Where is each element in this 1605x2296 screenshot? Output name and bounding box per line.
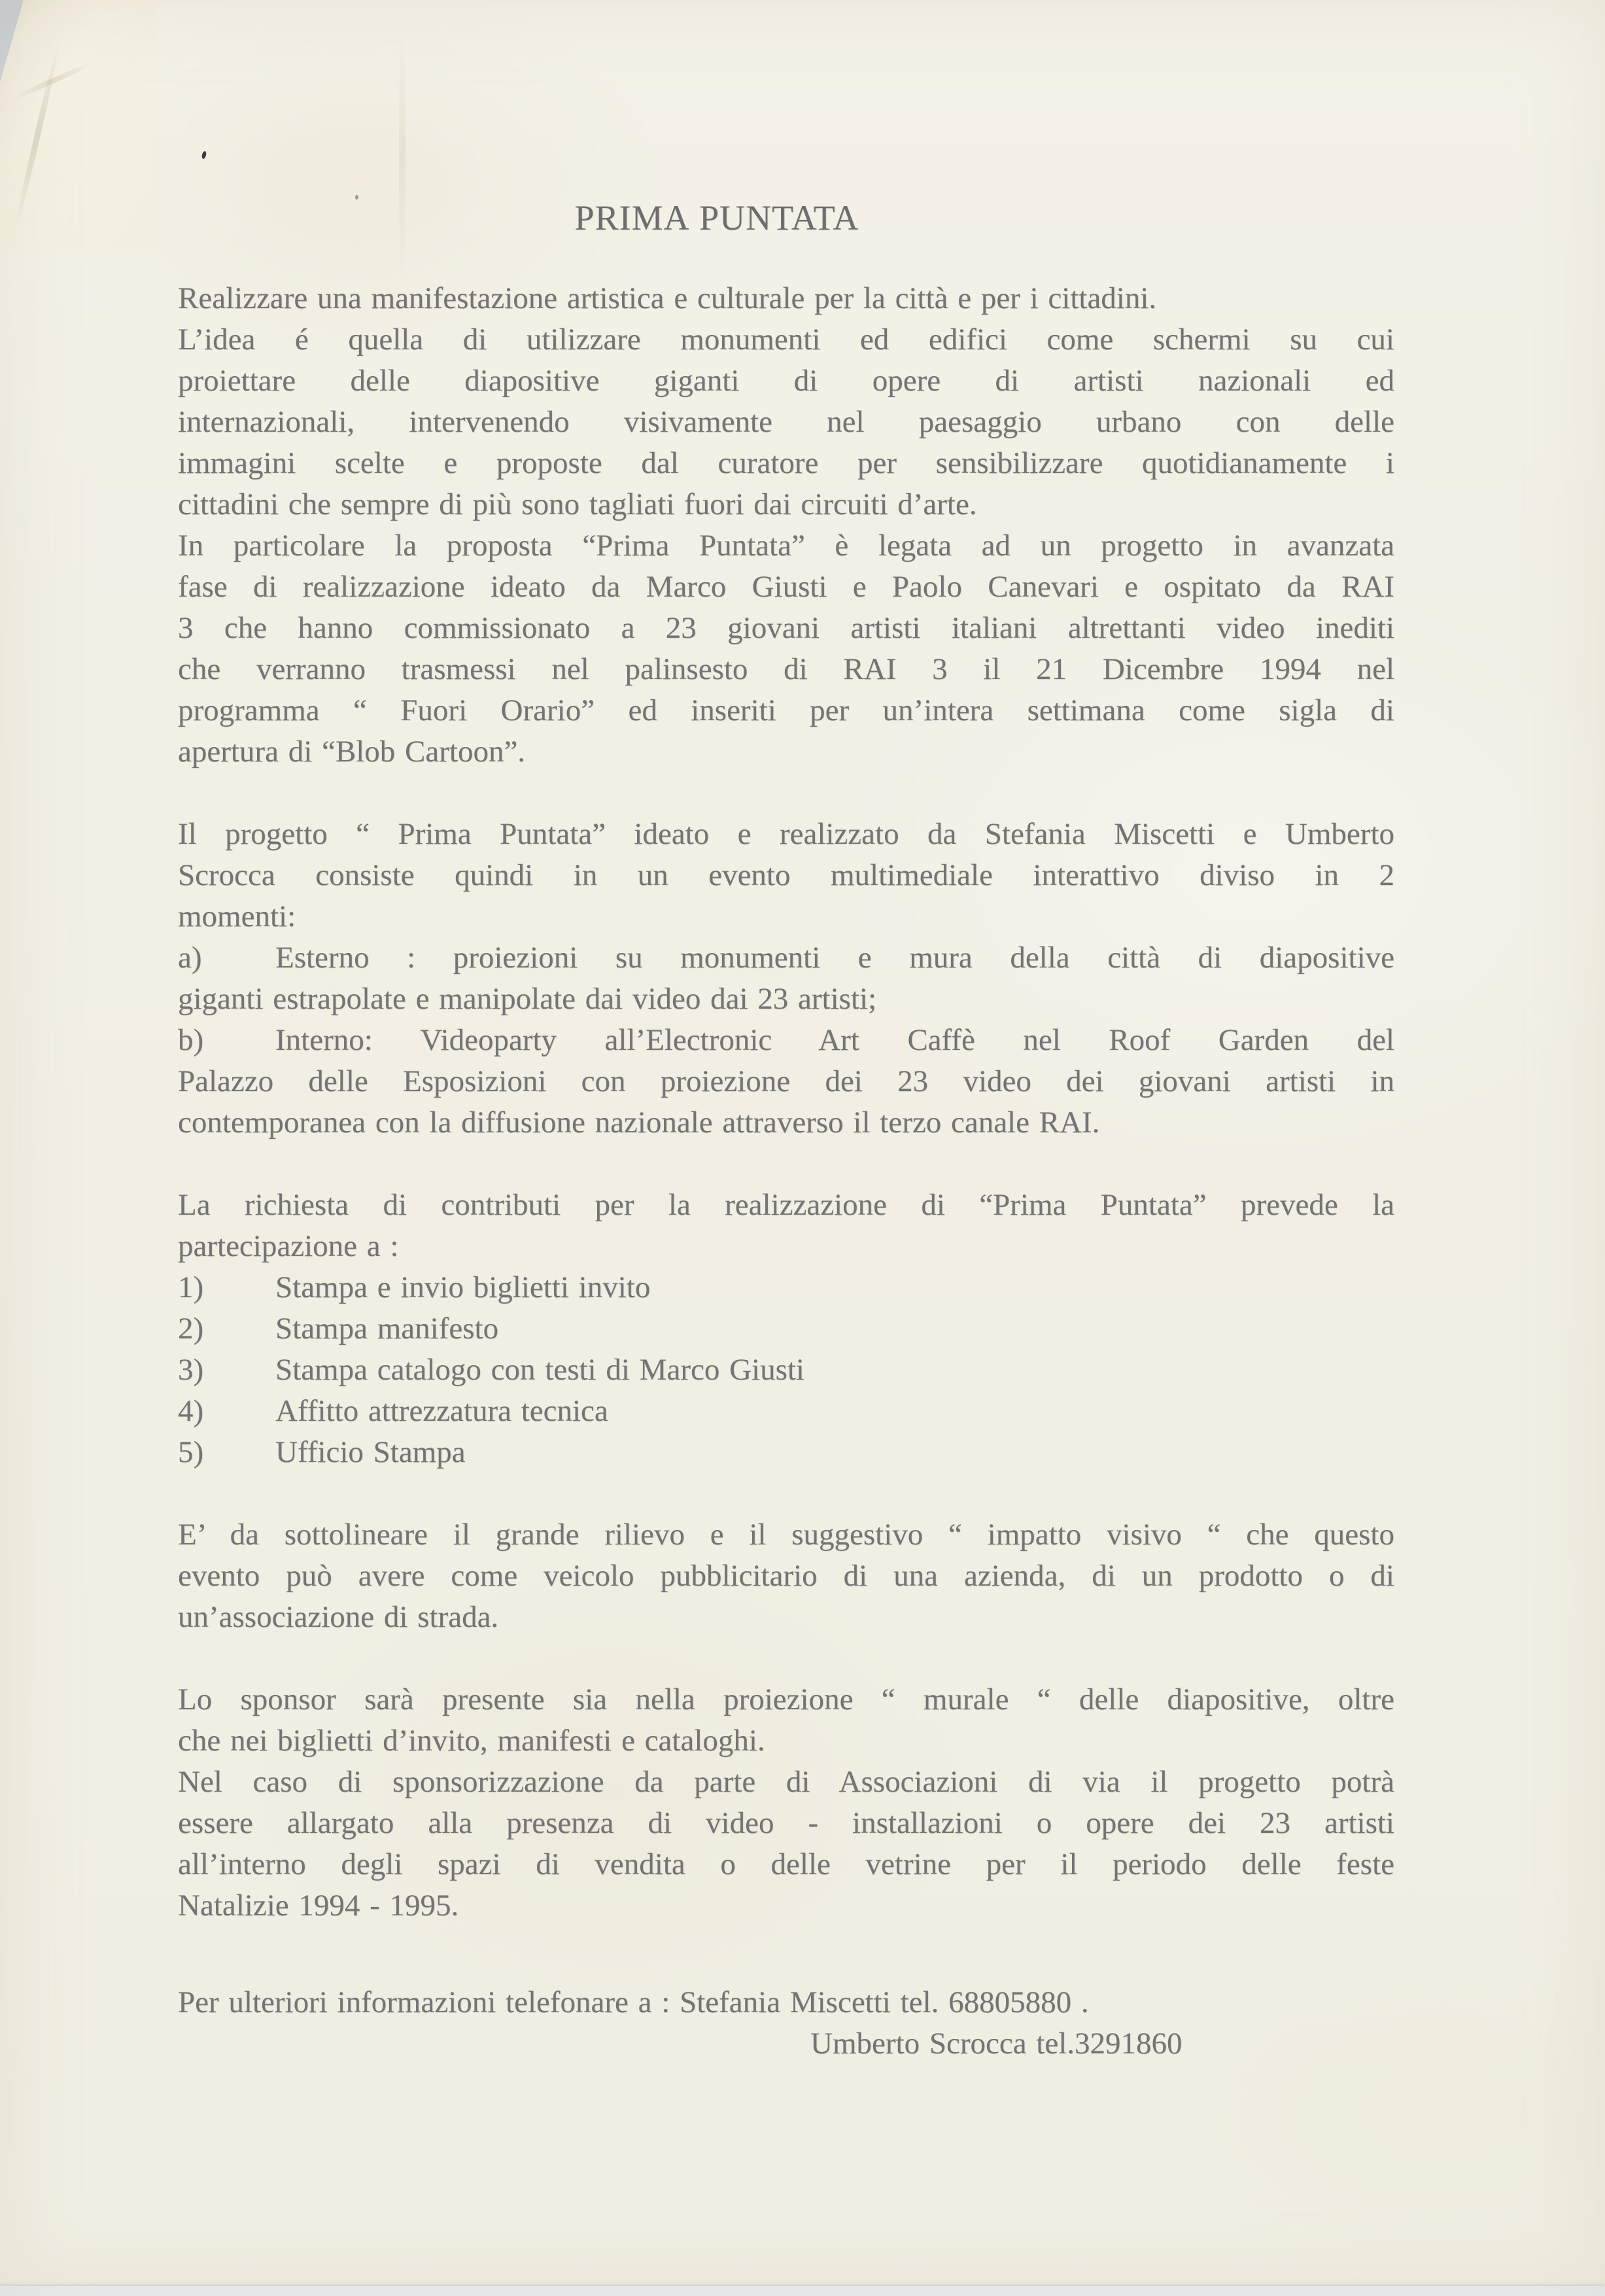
text-line: Natalizie 1994 - 1995.: [178, 1885, 1394, 1926]
text-line: momenti:: [178, 896, 1394, 937]
document-title: PRIMA PUNTATA: [178, 198, 1256, 239]
text-line: internazionali, intervenendo visivamente…: [178, 402, 1394, 443]
list-item-text: Affitto attrezzatura tecnica: [275, 1391, 1394, 1432]
numbered-item: 5) Ufficio Stampa: [178, 1432, 1394, 1473]
text-line: che nei biglietti d’invito, manifesti e …: [178, 1720, 1394, 1762]
text-line: un’associazione di strada.: [178, 1597, 1394, 1638]
text-line: evento può avere come veicolo pubblicita…: [178, 1556, 1394, 1597]
numbered-item: 1) Stampa e invio biglietti invito: [178, 1267, 1394, 1308]
text-line: E’ da sottolineare il grande rilievo e i…: [178, 1514, 1394, 1556]
list-marker: b): [178, 1020, 275, 1061]
paragraph-contributions: La richiesta di contributi per la realiz…: [178, 1185, 1394, 1473]
list-item-text: Stampa manifesto: [275, 1308, 1394, 1349]
list-marker: a): [178, 937, 275, 979]
numbered-item: 3) Stampa catalogo con testi di Marco Gi…: [178, 1349, 1394, 1391]
text-line: cittadini che sempre di più sono tagliat…: [178, 484, 1394, 525]
list-item-interno: b) Interno: Videoparty all’Electronic Ar…: [178, 1020, 1394, 1061]
list-item-text: Stampa catalogo con testi di Marco Giust…: [275, 1349, 1394, 1391]
list-marker: 2): [178, 1308, 275, 1349]
list-item-text: Esterno : proiezioni su monumenti e mura…: [275, 937, 1394, 979]
list-marker: 5): [178, 1432, 275, 1473]
scanner-edge: [0, 2286, 1605, 2296]
text-line: programma “ Fuori Orario” ed inseriti pe…: [178, 690, 1394, 731]
text-line: La richiesta di contributi per la realiz…: [178, 1185, 1394, 1226]
text-line: giganti estrapolate e manipolate dai vid…: [178, 979, 1394, 1020]
text-line: Lo sponsor sarà presente sia nella proie…: [178, 1679, 1394, 1720]
text-line: Scrocca consiste quindi in un evento mul…: [178, 855, 1394, 896]
text-line: all’interno degli spazi di vendita o del…: [178, 1844, 1394, 1885]
contact-line: Per ulteriori informazioni telefonare a …: [178, 1982, 1394, 2023]
text-line: L’idea é quella di utilizzare monumenti …: [178, 319, 1394, 360]
list-marker: 1): [178, 1267, 275, 1308]
paragraph-contacts: Per ulteriori informazioni telefonare a …: [178, 1982, 1394, 2064]
text-line: Nel caso di sponsorizzazione da parte di…: [178, 1762, 1394, 1803]
text-line: fase di realizzazione ideato da Marco Gi…: [178, 566, 1394, 608]
text-line: contemporanea con la diffusione nazional…: [178, 1102, 1394, 1143]
text-line: immagini scelte e proposte dal curatore …: [178, 443, 1394, 484]
paragraph-impact: E’ da sottolineare il grande rilievo e i…: [178, 1514, 1394, 1638]
text-line: In particolare la proposta “Prima Puntat…: [178, 525, 1394, 566]
text-line: che verranno trasmessi nel palinsesto di…: [178, 649, 1394, 690]
text-line: apertura di “Blob Cartoon”.: [178, 731, 1394, 773]
list-item-text: Stampa e invio biglietti invito: [275, 1267, 1394, 1308]
document-content: PRIMA PUNTATA Realizzare una manifestazi…: [178, 0, 1394, 2106]
scanned-document-page: PRIMA PUNTATA Realizzare una manifestazi…: [0, 0, 1605, 2296]
list-item-text: Ufficio Stampa: [275, 1432, 1394, 1473]
text-line: Palazzo delle Esposizioni con proiezione…: [178, 1061, 1394, 1102]
text-line: 3 che hanno commissionato a 23 giovani a…: [178, 608, 1394, 649]
paragraph-intro: Realizzare una manifestazione artistica …: [178, 278, 1394, 773]
text-line: partecipazione a :: [178, 1226, 1394, 1267]
list-item-esterno: a) Esterno : proiezioni su monumenti e m…: [178, 937, 1394, 979]
text-line: Realizzare una manifestazione artistica …: [178, 278, 1394, 319]
list-marker: 3): [178, 1349, 275, 1391]
paper-corner-fold: [0, 0, 157, 249]
numbered-item: 4) Affitto attrezzatura tecnica: [178, 1391, 1394, 1432]
list-item-text: Interno: Videoparty all’Electronic Art C…: [275, 1020, 1394, 1061]
numbered-item: 2) Stampa manifesto: [178, 1308, 1394, 1349]
list-marker: 4): [178, 1391, 275, 1432]
contact-line: Umberto Scrocca tel.3291860: [178, 2023, 1394, 2064]
text-line: essere allargato alla presenza di video …: [178, 1803, 1394, 1844]
paragraph-project: Il progetto “ Prima Puntata” ideato e re…: [178, 814, 1394, 1143]
text-line: Il progetto “ Prima Puntata” ideato e re…: [178, 814, 1394, 855]
paragraph-sponsor: Lo sponsor sarà presente sia nella proie…: [178, 1679, 1394, 1926]
text-line: proiettare delle diapositive giganti di …: [178, 360, 1394, 402]
